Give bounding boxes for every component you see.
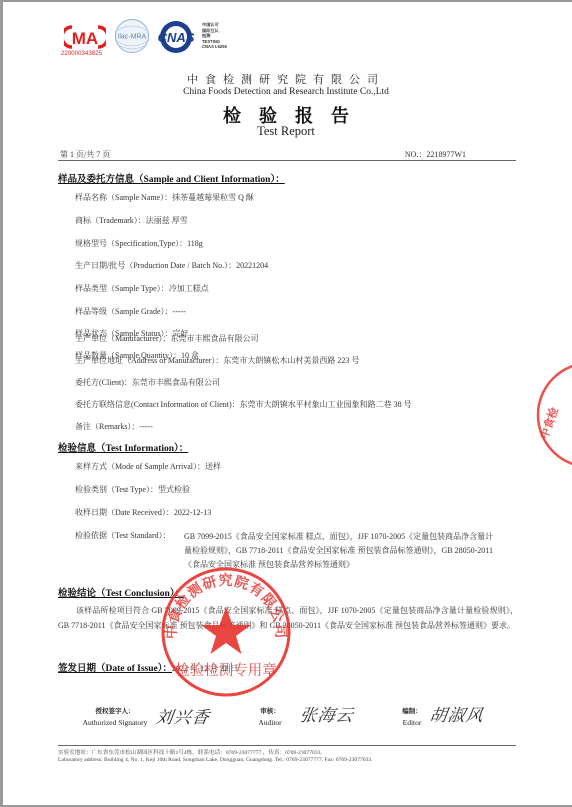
- ilac-mra-logo-icon: ilac-MRA: [114, 18, 150, 54]
- signatory-role-en: Auditor: [250, 718, 290, 727]
- signatory-editor: 编制： Editor: [394, 706, 430, 727]
- header-divider: [58, 160, 516, 161]
- signatory-role-cn: 编制：: [394, 706, 430, 715]
- field-production-date: 生产日期/批号（Production Date / Batch No.）：202…: [75, 260, 268, 271]
- section-title-conclusion: 检验结论（Test Conclusion）：: [58, 585, 184, 599]
- field-trademark: 商标（Trademark）：法丽兹 厚雪: [75, 215, 188, 226]
- issue-date-label: 签发日期（Date of Issue）：: [58, 664, 172, 674]
- page-border-top: [0, 0, 572, 2]
- svg-text:中食检: 中食检: [537, 404, 562, 441]
- standard-line: 《食品安全国家标准 预包装食品营养标签通则》: [184, 558, 493, 572]
- field-client-contact: 委托方联络信息(Contact Information of Client)：东…: [75, 399, 412, 410]
- field-manufacturer-address: 生产单位地址（Address of Manufacturer）：东莞市大朗镇松木…: [75, 355, 359, 366]
- issue-date-value: 2022 年 12 月 22 日: [172, 664, 238, 673]
- signatory-authorized: 授权签字人： Authorized Signatory: [70, 706, 160, 727]
- footer-address-cn: 实验室地址：广东省东莞市松山湖园区科技十路1号4栋。联系电话：0769-2307…: [58, 748, 326, 756]
- signature-auditor: 张海云: [298, 701, 356, 726]
- field-sample-type: 样品类型（Sample Type）：冷加工糕点: [75, 283, 209, 294]
- field-date-received: 收样日期（Date Received）：2022-12-13: [75, 507, 211, 518]
- section-title-test: 检验信息（Test Information）：: [58, 440, 188, 454]
- signatory-role-en: Editor: [394, 718, 430, 727]
- svg-text:ilac-MRA: ilac-MRA: [118, 34, 147, 41]
- footer-divider: [58, 745, 516, 746]
- field-remarks: 备注（Remarks）：-----: [75, 421, 153, 432]
- signatory-auditor: 审核： Auditor: [250, 706, 290, 727]
- field-client: 委托方(Client)：东莞市丰熙食品有限公司: [75, 377, 220, 388]
- field-test-type: 检验类别（Test Type）：型式检验: [75, 484, 190, 495]
- svg-text:MA: MA: [72, 29, 98, 48]
- signatory-role-cn: 授权签字人：: [70, 706, 160, 715]
- page-indicator: 第 1 页/共 7 页: [60, 149, 110, 160]
- partial-seal-edge-icon: 中食检: [535, 360, 572, 470]
- section-title-sample: 样品及委托方信息（Sample and Client Information）：: [58, 171, 285, 185]
- signature-editor: 胡淑风: [428, 701, 486, 726]
- svg-text:CNAS: CNAS: [158, 30, 195, 45]
- company-name-en: China Foods Detection and Research Insti…: [0, 87, 572, 97]
- standard-line: 量检验规则》，GB 7718-2011《食品安全国家标准 预包装食品标签通则》，…: [184, 544, 493, 558]
- cnas-text-line: CNAS L6255: [202, 44, 227, 50]
- signatory-role-cn: 审核：: [250, 706, 290, 715]
- signatory-role-en: Authorized Signatory: [70, 718, 160, 727]
- signature-authorized: 刘兴香: [154, 703, 212, 728]
- standard-line: GB 7099-2015《食品安全国家标准 糕点、面包》，JJF 1070-20…: [184, 530, 493, 544]
- field-arrival-mode: 来样方式（Mode of Sample Arrival）：送样: [75, 461, 221, 472]
- cma-number: 220000343825: [61, 51, 102, 57]
- field-sample-grade: 样品等级（Sample Grade）：-----: [75, 306, 186, 317]
- field-manufacturer: 生产单位（Manufacturer）：东莞市丰熙食品有限公司: [75, 333, 259, 344]
- field-specification: 规格型号（Specification,Type）：118g: [75, 238, 203, 249]
- report-title-en: Test Report: [0, 124, 572, 139]
- footer-address-en: Laboratory address: Building 4, No. 1, K…: [58, 757, 373, 763]
- cnas-accreditation-text: 中国认可 国际互认 检测 TESTING CNAS L6255: [202, 22, 227, 50]
- cma-logo-icon: MA: [64, 25, 106, 49]
- company-name-cn: 中食检测研究院有限公司: [0, 71, 572, 87]
- report-number: NO.：2218977W1: [405, 149, 466, 160]
- field-test-standard-label: 检验依据（Test Standard）：: [75, 530, 171, 541]
- cnas-logo-icon: CNAS: [156, 20, 196, 54]
- field-test-standard-value: GB 7099-2015《食品安全国家标准 糕点、面包》，JJF 1070-20…: [184, 530, 493, 572]
- conclusion-text: 该样品所检项目符合 GB 7099-2015《食品安全国家标准 糕点、面包》，J…: [58, 603, 518, 633]
- issue-date-row: 签发日期（Date of Issue）：2022 年 12 月 22 日: [58, 660, 238, 674]
- field-sample-name: 样品名称（Sample Name）：抹茶蔓越莓果粒雪 Q 酥: [75, 192, 254, 203]
